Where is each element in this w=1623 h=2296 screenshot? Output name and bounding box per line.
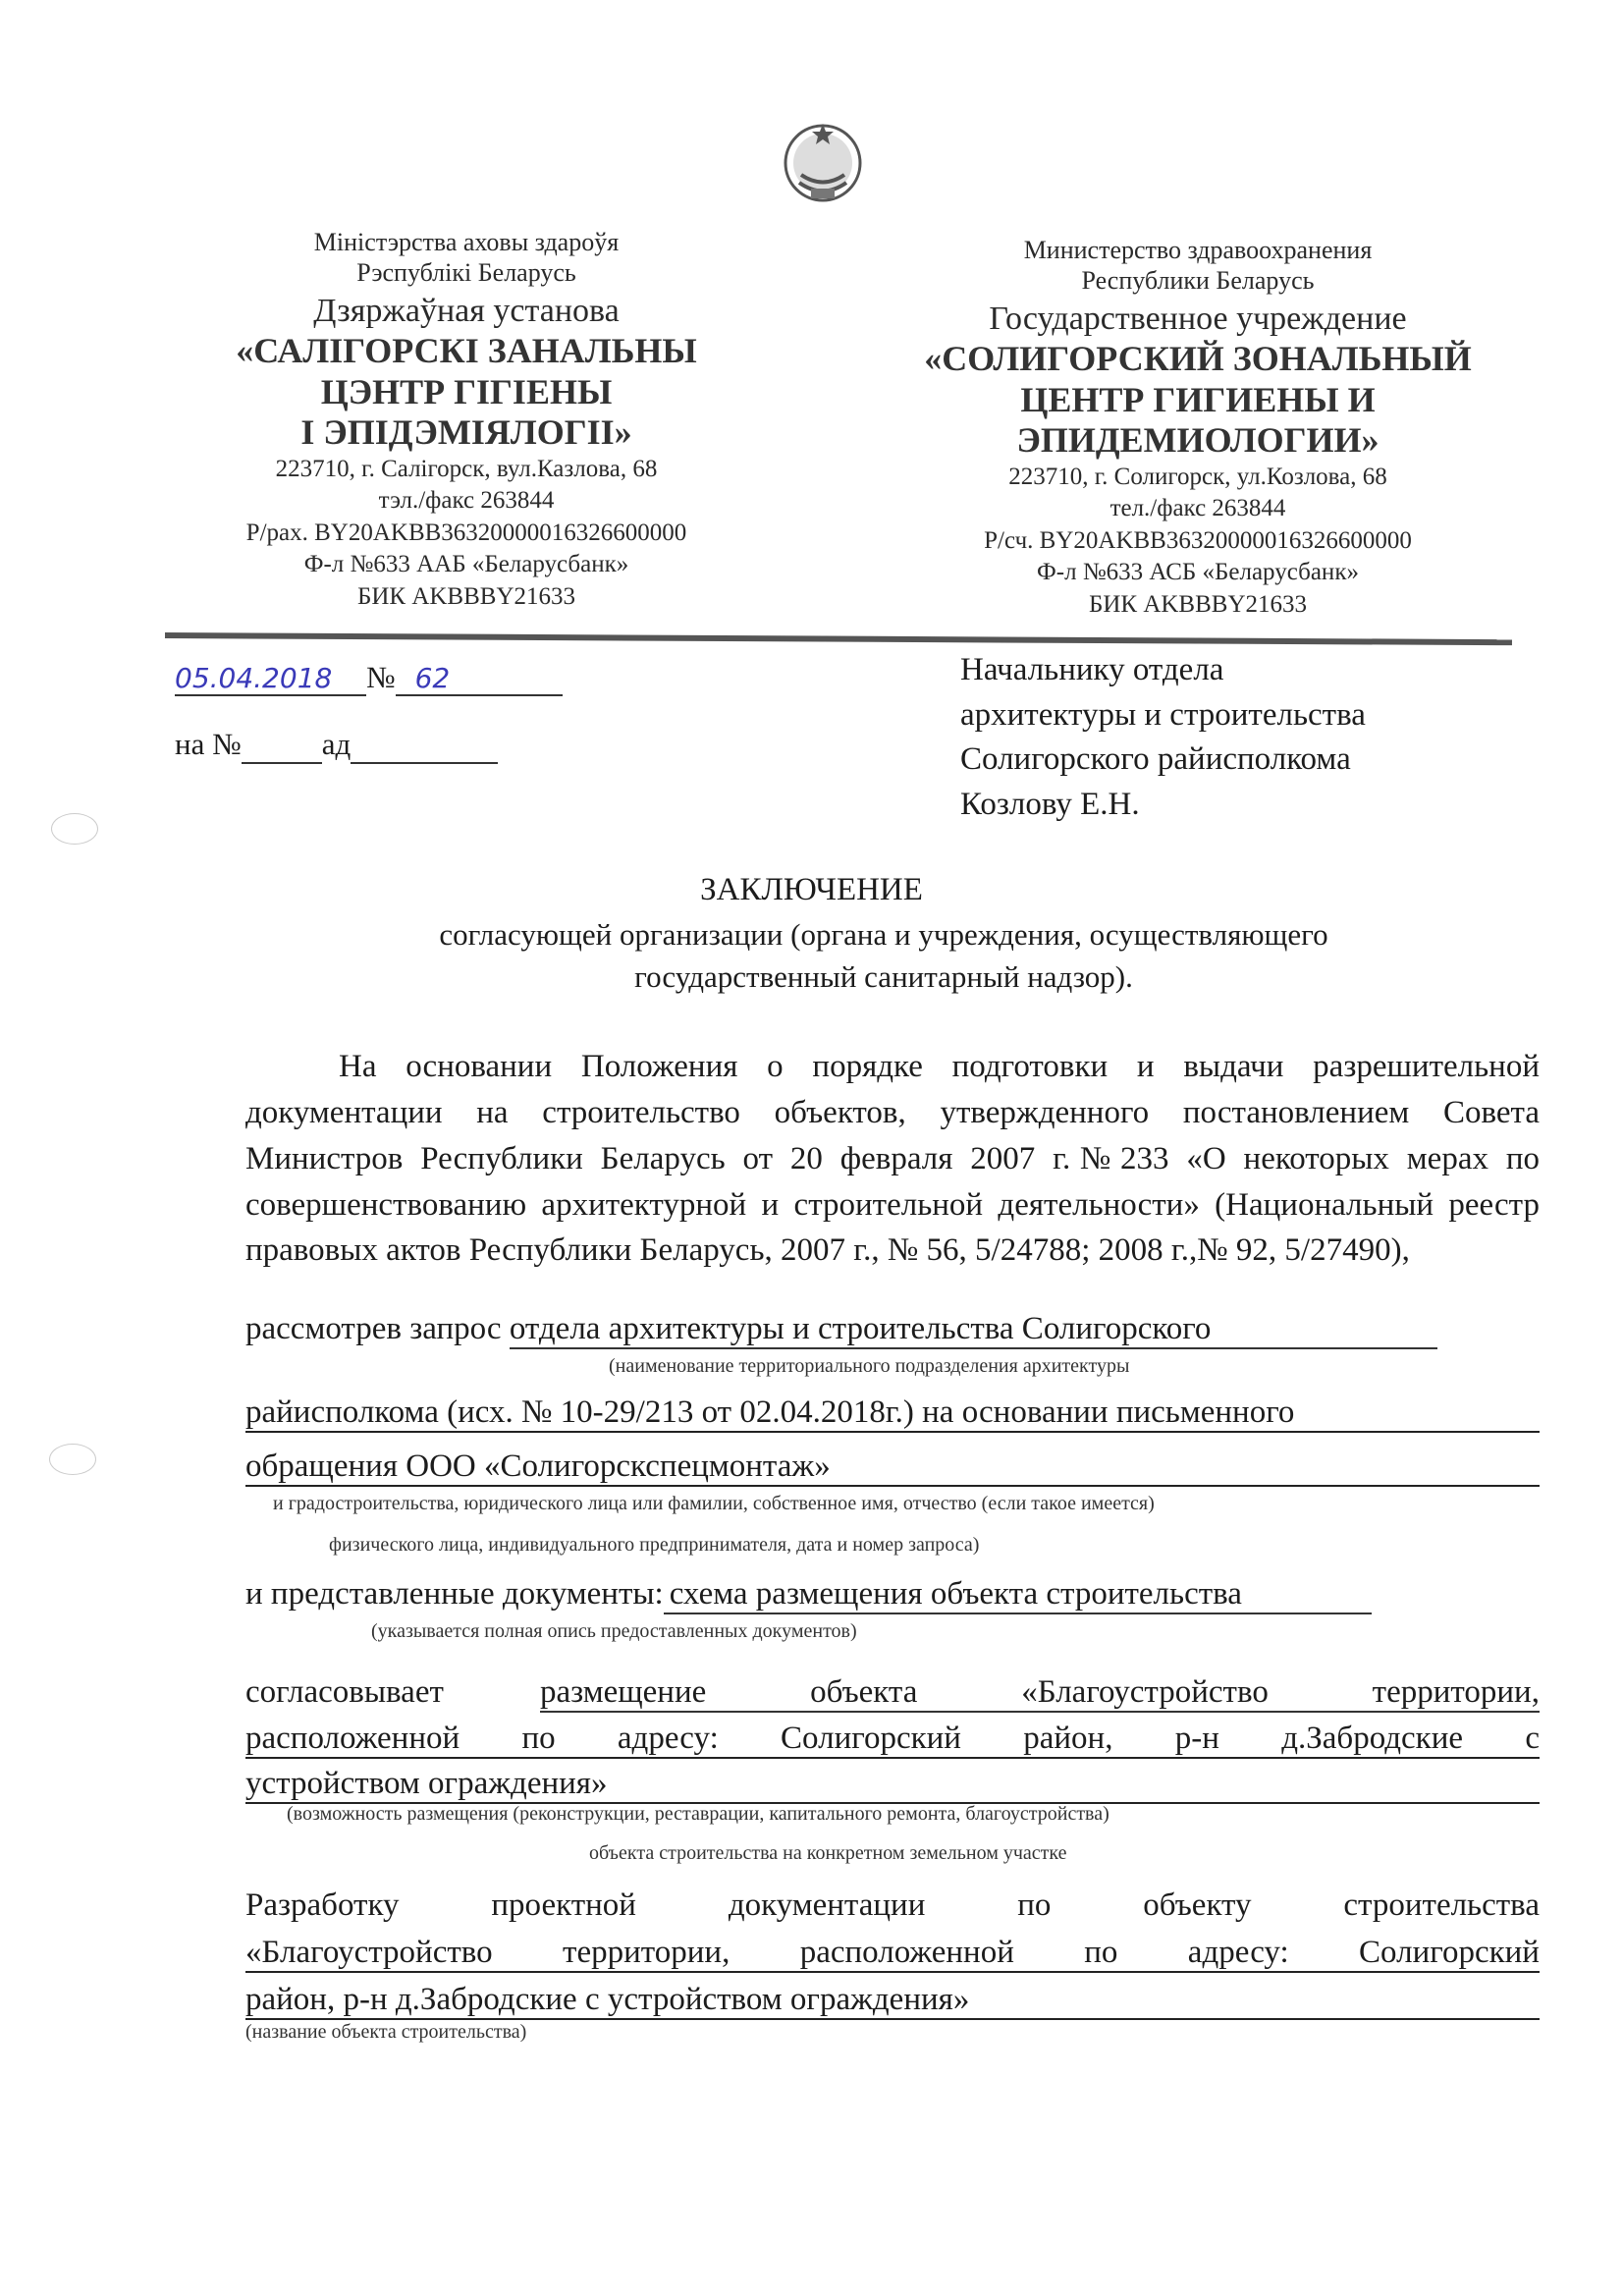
number-label: № bbox=[366, 660, 396, 694]
legal-basis-paragraph: На основании Положения о порядке подгото… bbox=[245, 1044, 1540, 1274]
word: д.Забродские bbox=[1281, 1721, 1463, 1757]
ministry-country: Республики Беларусь bbox=[884, 266, 1512, 297]
agreement-fill-line: устройством ограждения» bbox=[245, 1766, 1540, 1804]
bik: БИК AKBBBY21633 bbox=[187, 581, 746, 614]
addressee-line: Начальнику отдела bbox=[960, 648, 1366, 693]
word: Солигорский bbox=[1359, 1935, 1540, 1971]
word: объекта bbox=[810, 1674, 917, 1711]
institution-type: Государственное учреждение bbox=[884, 300, 1512, 339]
design-line: Разработку проектной документации по объ… bbox=[245, 1887, 1540, 1924]
word: адресу: bbox=[1188, 1935, 1289, 1971]
field-caption: (возможность размещения (реконструкции, … bbox=[287, 1803, 1109, 1826]
field-caption: объекта строительства на конкретном земе… bbox=[589, 1842, 1067, 1865]
request-fill-line: райисполкома (исх. № 10-29/213 от 02.04.… bbox=[245, 1394, 1540, 1433]
document-title: ЗАКЛЮЧЕНИЕ bbox=[0, 872, 1623, 908]
word: район, bbox=[1023, 1721, 1112, 1757]
agreement-prefix: согласовывает bbox=[245, 1674, 444, 1710]
design-fill-line: «Благоустройство территории, расположенн… bbox=[245, 1935, 1540, 1973]
addressee-line: Солигорского райисполкома bbox=[960, 738, 1366, 783]
addressee-block: Начальнику отдела архитектуры и строител… bbox=[960, 648, 1366, 827]
institution-type: Дзяржаўная установа bbox=[187, 292, 746, 331]
coat-of-arms-icon bbox=[772, 116, 874, 214]
bik: БИК AKBBBY21633 bbox=[884, 589, 1512, 622]
word: «Благоустройство bbox=[1021, 1674, 1269, 1711]
field-caption: (указывается полная опись предоставленны… bbox=[371, 1620, 857, 1643]
field-caption: и градостроительства, юридического лица … bbox=[273, 1493, 1155, 1515]
design-fill-line: район, р-н д.Забродские с устройством ог… bbox=[245, 1982, 1540, 2020]
from-label: ад bbox=[322, 727, 352, 761]
institution-name: «САЛІГОРСКІ ЗАНАЛЬНЫ bbox=[187, 331, 746, 371]
addressee-line: архитектуры и строительства bbox=[960, 693, 1366, 738]
bank-name: Ф-л №633 АСБ «Беларусбанк» bbox=[884, 557, 1512, 589]
address: 223710, г. Салігорск, вул.Казлова, 68 bbox=[187, 454, 746, 486]
word: строительства bbox=[1343, 1887, 1540, 1924]
request-fill-line: обращения ООО «Солигорскспецмонтаж» bbox=[245, 1449, 1540, 1487]
phone: тел./факс 263844 bbox=[884, 493, 1512, 525]
addressee-name: Козлову Е.Н. bbox=[960, 783, 1366, 828]
request-fill: отдела архитектуры и строительства Солиг… bbox=[510, 1311, 1437, 1349]
letterhead-belarusian: Міністэрства аховы здароўя Рэспублікі Бе… bbox=[187, 228, 746, 613]
word: р-н bbox=[1175, 1721, 1219, 1757]
word: территории, bbox=[563, 1935, 730, 1971]
institution-name: ЦЭНТР ГІГІЕНЫ bbox=[187, 372, 746, 412]
institution-name: ЦЕНТР ГИГИЕНЫ И bbox=[884, 380, 1512, 420]
word: расположенной bbox=[245, 1721, 460, 1757]
agreement-fill: размещение объекта «Благоустройство терр… bbox=[540, 1674, 1540, 1713]
request-prefix: рассмотрев запрос bbox=[245, 1311, 502, 1346]
ministry-name: Міністэрства аховы здароўя bbox=[187, 228, 746, 258]
word: адресу: bbox=[618, 1721, 719, 1757]
documents-prefix: и представленные документы: bbox=[245, 1576, 664, 1612]
word: объекту bbox=[1143, 1887, 1251, 1924]
registration-date-number: 05.04.2018№62 bbox=[175, 660, 563, 696]
institution-name: І ЭПІДЭМІЯЛОГІІ» bbox=[187, 412, 746, 453]
documents-line: и представленные документы:схема размеще… bbox=[245, 1576, 1540, 1614]
reply-reference: на № ад bbox=[175, 727, 498, 764]
agreement-fill-line: расположенной по адресу: Солигорский рай… bbox=[245, 1721, 1540, 1759]
number-handwritten: 62 bbox=[396, 662, 563, 696]
document-subtitle: согласующей организации (органа и учрежд… bbox=[295, 913, 1473, 999]
bank-account: Р/рах. BY20AKBB36320000016326600000 bbox=[187, 518, 746, 550]
agreement-line: согласовывает размещение объекта «Благоу… bbox=[245, 1674, 1540, 1711]
ministry-name: Министерство здравоохранения bbox=[884, 236, 1512, 266]
ministry-country: Рэспублікі Беларусь bbox=[187, 258, 746, 289]
word: по bbox=[1084, 1935, 1117, 1971]
field-caption: физического лица, индивидуального предпр… bbox=[329, 1534, 979, 1557]
word: размещение bbox=[540, 1674, 706, 1711]
field-caption: (название объекта строительства) bbox=[245, 2021, 526, 2044]
word: по bbox=[521, 1721, 555, 1757]
word: территории, bbox=[1373, 1674, 1540, 1711]
bank-name: Ф-л №633 ААБ «Беларусбанк» bbox=[187, 549, 746, 581]
word: проектной bbox=[491, 1887, 636, 1924]
subtitle-line: согласующей организации (органа и учрежд… bbox=[295, 913, 1473, 956]
letterhead-russian: Министерство здравоохранения Республики … bbox=[884, 236, 1512, 621]
documents-fill: схема размещения объекта строительства bbox=[664, 1576, 1372, 1614]
field-caption: (наименование территориального подраздел… bbox=[609, 1355, 1129, 1378]
subtitle-line: государственный санитарный надзор). bbox=[295, 956, 1473, 998]
institution-name: «СОЛИГОРСКИЙ ЗОНАЛЬНЫЙ bbox=[884, 339, 1512, 379]
word: документации bbox=[729, 1887, 926, 1924]
request-line: рассмотрев запрос отдела архитектуры и с… bbox=[245, 1311, 1540, 1349]
header-separator bbox=[165, 632, 1512, 645]
phone: тэл./факс 263844 bbox=[187, 485, 746, 518]
word: Разработку bbox=[245, 1887, 400, 1924]
institution-name: ЭПИДЕМИОЛОГИИ» bbox=[884, 420, 1512, 461]
word: Солигорский bbox=[781, 1721, 961, 1757]
date-handwritten: 05.04.2018 bbox=[175, 662, 366, 696]
word: по bbox=[1017, 1887, 1051, 1924]
word: расположенной bbox=[800, 1935, 1014, 1971]
punch-hole-mark bbox=[49, 1444, 96, 1475]
bank-account: Р/сч. BY20AKBB36320000016326600000 bbox=[884, 525, 1512, 558]
reply-label: на № bbox=[175, 727, 242, 761]
word: с bbox=[1525, 1721, 1540, 1757]
punch-hole-mark bbox=[51, 813, 98, 845]
word: «Благоустройство bbox=[245, 1935, 493, 1971]
address: 223710, г. Солигорск, ул.Козлова, 68 bbox=[884, 462, 1512, 494]
